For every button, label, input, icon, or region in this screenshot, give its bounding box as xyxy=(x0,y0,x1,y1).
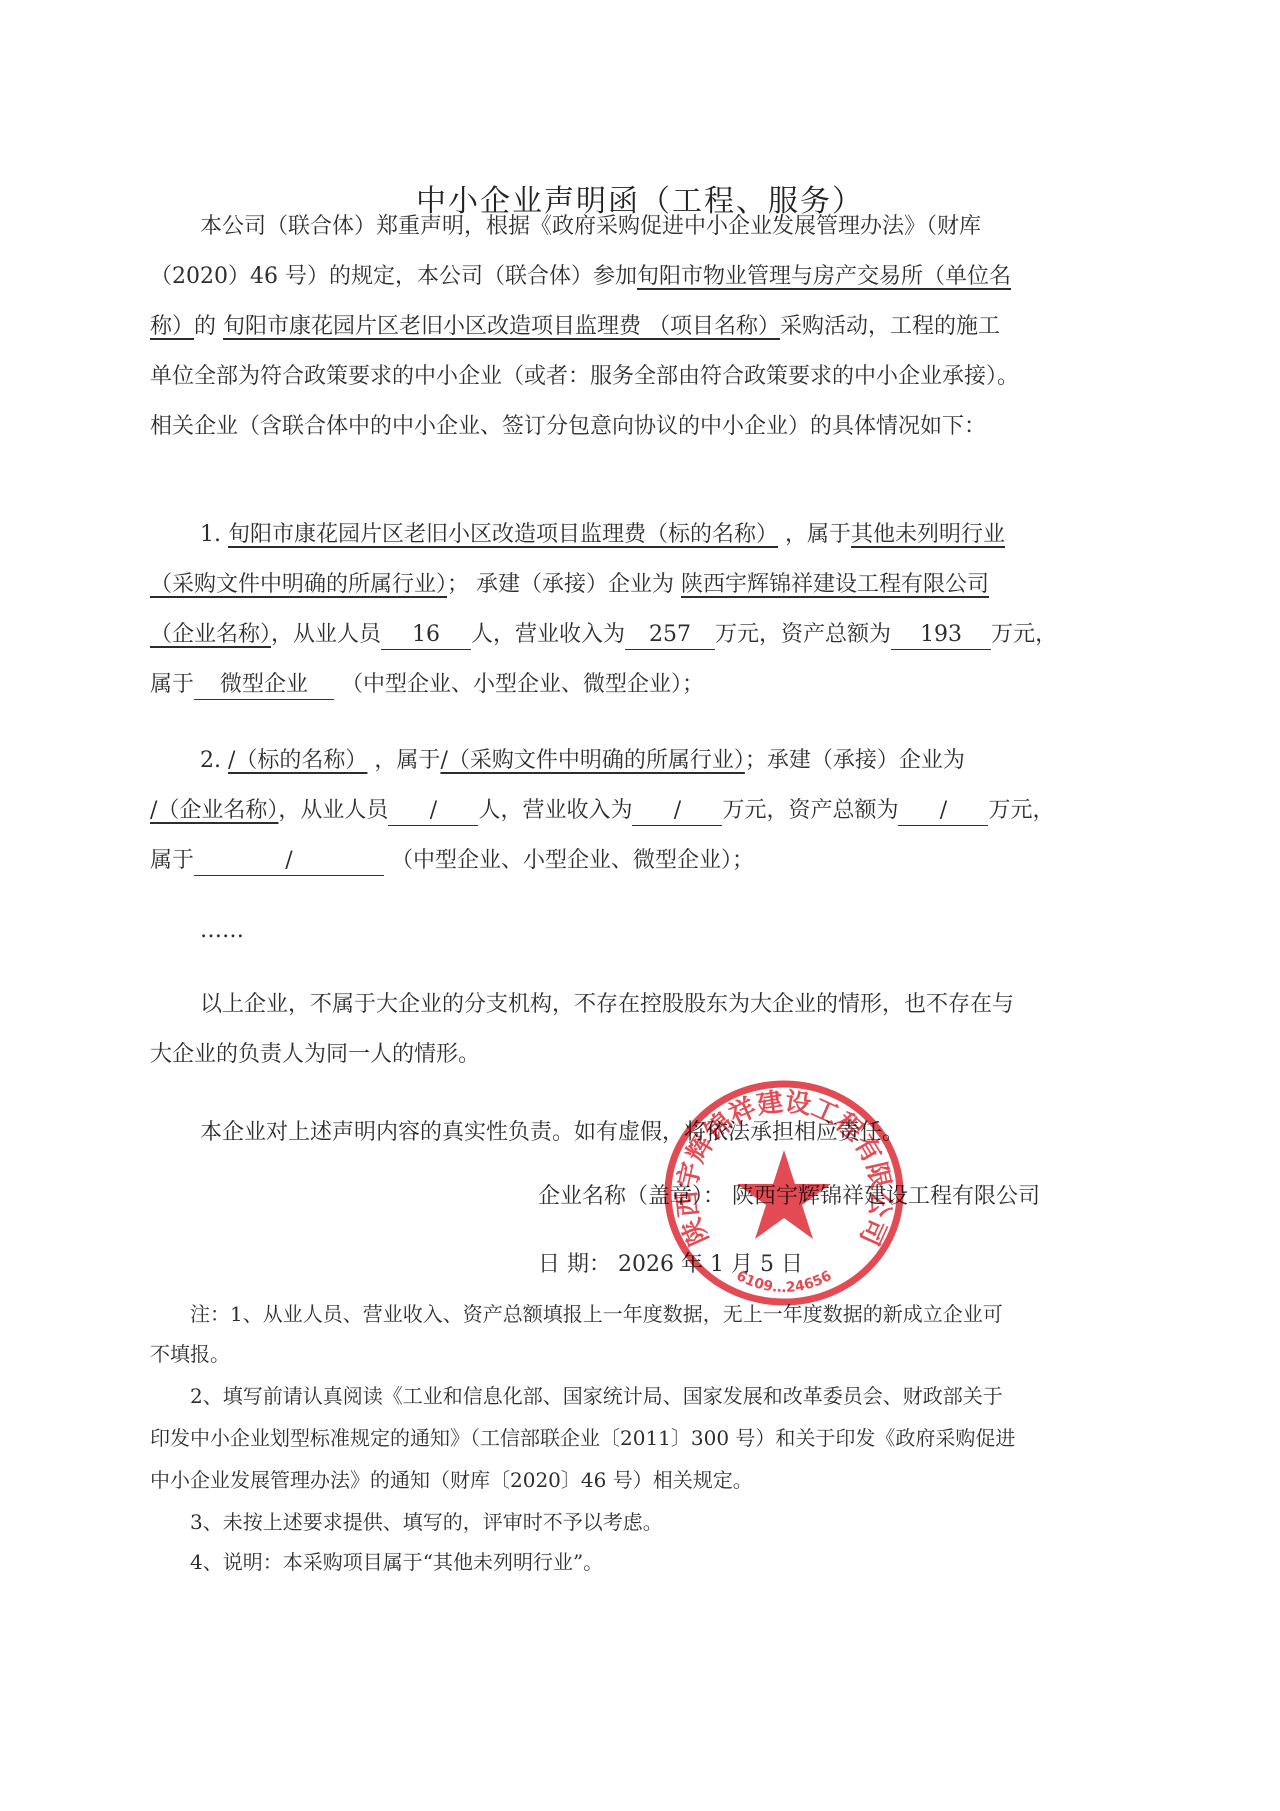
company-name: 陕西宇辉锦祥建设工程有限公司 xyxy=(732,1184,1040,1209)
item-2-line-1: 2. /（标的名称） ，属于/（采购文件中明确的所属行业）；承建（承接）企业为 xyxy=(200,746,1210,776)
note-1-line-2: 不填报。 xyxy=(150,1340,230,1368)
project-name: 旬阳市康花园片区老旧小区改造项目监理费 （项目名称） xyxy=(223,314,780,339)
date-label: 日 期： xyxy=(538,1252,611,1277)
note-2-line-1: 2、填写前请认真阅读《工业和信息化部、国家统计局、国家发展和改革委员会、财政部关… xyxy=(190,1382,1003,1410)
note-1-line-1: 注：1、从业人员、营业收入、资产总额填报上一年度数据，无上一年度数据的新成立企业… xyxy=(190,1300,1003,1328)
item-1-subject: 旬阳市康花园片区老旧小区改造项目监理费（标的名称） xyxy=(228,522,778,547)
note-4: 4、说明：本采购项目属于“其他未列明行业”。 xyxy=(190,1548,603,1576)
document-page: 中小企业声明函（工程、服务） 本公司（联合体）郑重声明，根据《政府采购促进中小企… xyxy=(0,0,1280,1811)
item-2-belongs-label: ，属于 xyxy=(374,748,440,773)
intro-line-2-prefix: （2020）46 号）的规定，本公司（联合体）参加 xyxy=(150,264,637,289)
unit-name-cont: 称） xyxy=(150,314,194,339)
ellipsis: …… xyxy=(200,916,1210,946)
item-2-employees-label: ，从业人员 xyxy=(278,798,388,823)
declaration-1-line-2: 大企业的负责人为同一人的情形。 xyxy=(150,1040,1160,1070)
item-1-line-2: （采购文件中明确的所属行业）； 承建（承接）企业为 陕西宇辉锦祥建设工程有限公司 xyxy=(150,570,1160,600)
item-2-subject: /（标的名称） xyxy=(228,748,367,773)
item-2-revenue: / xyxy=(632,799,722,826)
item-2-index: 2. xyxy=(200,748,221,773)
item-1-assets-unit: 万元， xyxy=(991,622,1057,647)
item-1-employees: 16 xyxy=(381,623,471,650)
note-2-line-2: 印发中小企业划型标准规定的通知》（工信部联企业〔2011〕300 号）和关于印发… xyxy=(150,1424,1015,1452)
item-2-assets: / xyxy=(898,799,988,826)
item-2-contractor: /（企业名称） xyxy=(150,798,278,823)
item-1-assets: 193 xyxy=(891,623,991,650)
unit-name: 旬阳市物业管理与房产交易所（单位名 xyxy=(637,264,1011,289)
signature-date: 日 期： 2026 年 1 月 5 日 xyxy=(538,1250,803,1280)
item-2-employees: / xyxy=(388,799,478,826)
intro-line-3: 称）的 旬阳市康花园片区老旧小区改造项目监理费 （项目名称）采购活动，工程的施工 xyxy=(150,312,1160,342)
item-1-industry: 其他未列明行业 xyxy=(851,522,1005,547)
item-1-contractor-hint: （企业名称） xyxy=(150,622,271,647)
intro-line-2: （2020）46 号）的规定，本公司（联合体）参加旬阳市物业管理与房产交易所（单… xyxy=(150,262,1160,292)
item-1-line-3: （企业名称），从业人员16人，营业收入为257万元，资产总额为193万元， xyxy=(150,620,1160,650)
signature-company: 企业名称（盖章）： 陕西宇辉锦祥建设工程有限公司 xyxy=(538,1182,1040,1212)
item-2-size-hint: （中型企业、小型企业、微型企业）； xyxy=(391,848,754,873)
item-1-contractor: 陕西宇辉锦祥建设工程有限公司 xyxy=(681,572,989,597)
item-2-size: / xyxy=(194,849,384,876)
item-2-size-label: 属于 xyxy=(150,848,194,873)
item-2-line-3: 属于/ （中型企业、小型企业、微型企业）； xyxy=(150,846,1160,876)
item-1-employees-unit: 人，营业收入为 xyxy=(471,622,625,647)
item-2-line-2: /（企业名称），从业人员/人，营业收入为/万元，资产总额为/万元， xyxy=(150,796,1160,826)
item-1-index: 1. xyxy=(200,522,221,547)
intro-line-5: 相关企业（含联合体中的中小企业、签订分包意向协议的中小企业）的具体情况如下： xyxy=(150,412,1160,442)
item-1-industry-hint: （采购文件中明确的所属行业） xyxy=(150,572,447,597)
intro-line-3-suffix: 采购活动，工程的施工 xyxy=(780,314,1000,339)
svg-text:陕西宇辉锦祥建设工程有限公司: 陕西宇辉锦祥建设工程有限公司 xyxy=(672,1087,896,1250)
item-1-employees-label: ，从业人员 xyxy=(271,622,381,647)
item-1-revenue-unit: 万元，资产总额为 xyxy=(715,622,891,647)
item-2-assets-unit: 万元， xyxy=(988,798,1054,823)
item-1-line-4: 属于微型企业 （中型企业、小型企业、微型企业）； xyxy=(150,670,1160,700)
item-1-revenue: 257 xyxy=(625,623,715,650)
item-2-revenue-unit: 万元，资产总额为 xyxy=(722,798,898,823)
item-1-size-hint: （中型企业、小型企业、微型企业）； xyxy=(341,672,704,697)
company-label: 企业名称（盖章）： xyxy=(538,1184,725,1209)
item-2-contractor-label: ；承建（承接）企业为 xyxy=(745,748,965,773)
item-1-size-label: 属于 xyxy=(150,672,194,697)
intro-line-1: 本公司（联合体）郑重声明，根据《政府采购促进中小企业发展管理办法》（财库 xyxy=(200,212,1210,242)
item-1-size: 微型企业 xyxy=(194,673,334,700)
declaration-2: 本企业对上述声明内容的真实性负责。如有虚假，将依法承担相应责任。 xyxy=(200,1118,1210,1148)
intro-line-3-mid: 的 xyxy=(194,314,216,339)
note-2-line-3: 中小企业发展管理办法》的通知（财库〔2020〕46 号）相关规定。 xyxy=(150,1466,753,1494)
item-2-employees-unit: 人，营业收入为 xyxy=(478,798,632,823)
item-2-industry: /（采购文件中明确的所属行业） xyxy=(440,748,744,773)
date-value: 2026 年 1 月 5 日 xyxy=(618,1252,803,1277)
intro-line-4: 单位全部为符合政策要求的中小企业（或者：服务全部由符合政策要求的中小企业承接）。 xyxy=(150,362,1160,392)
item-1-line-1: 1. 旬阳市康花园片区老旧小区改造项目监理费（标的名称） ，属于其他未列明行业 xyxy=(200,520,1210,550)
note-3: 3、未按上述要求提供、填写的，评审时不予以考虑。 xyxy=(190,1508,663,1536)
item-1-contractor-label: ； 承建（承接）企业为 xyxy=(447,572,674,597)
declaration-1-line-1: 以上企业，不属于大企业的分支机构，不存在控股股东为大企业的情形，也不存在与 xyxy=(200,990,1210,1020)
item-1-belongs-label: ，属于 xyxy=(785,522,851,547)
